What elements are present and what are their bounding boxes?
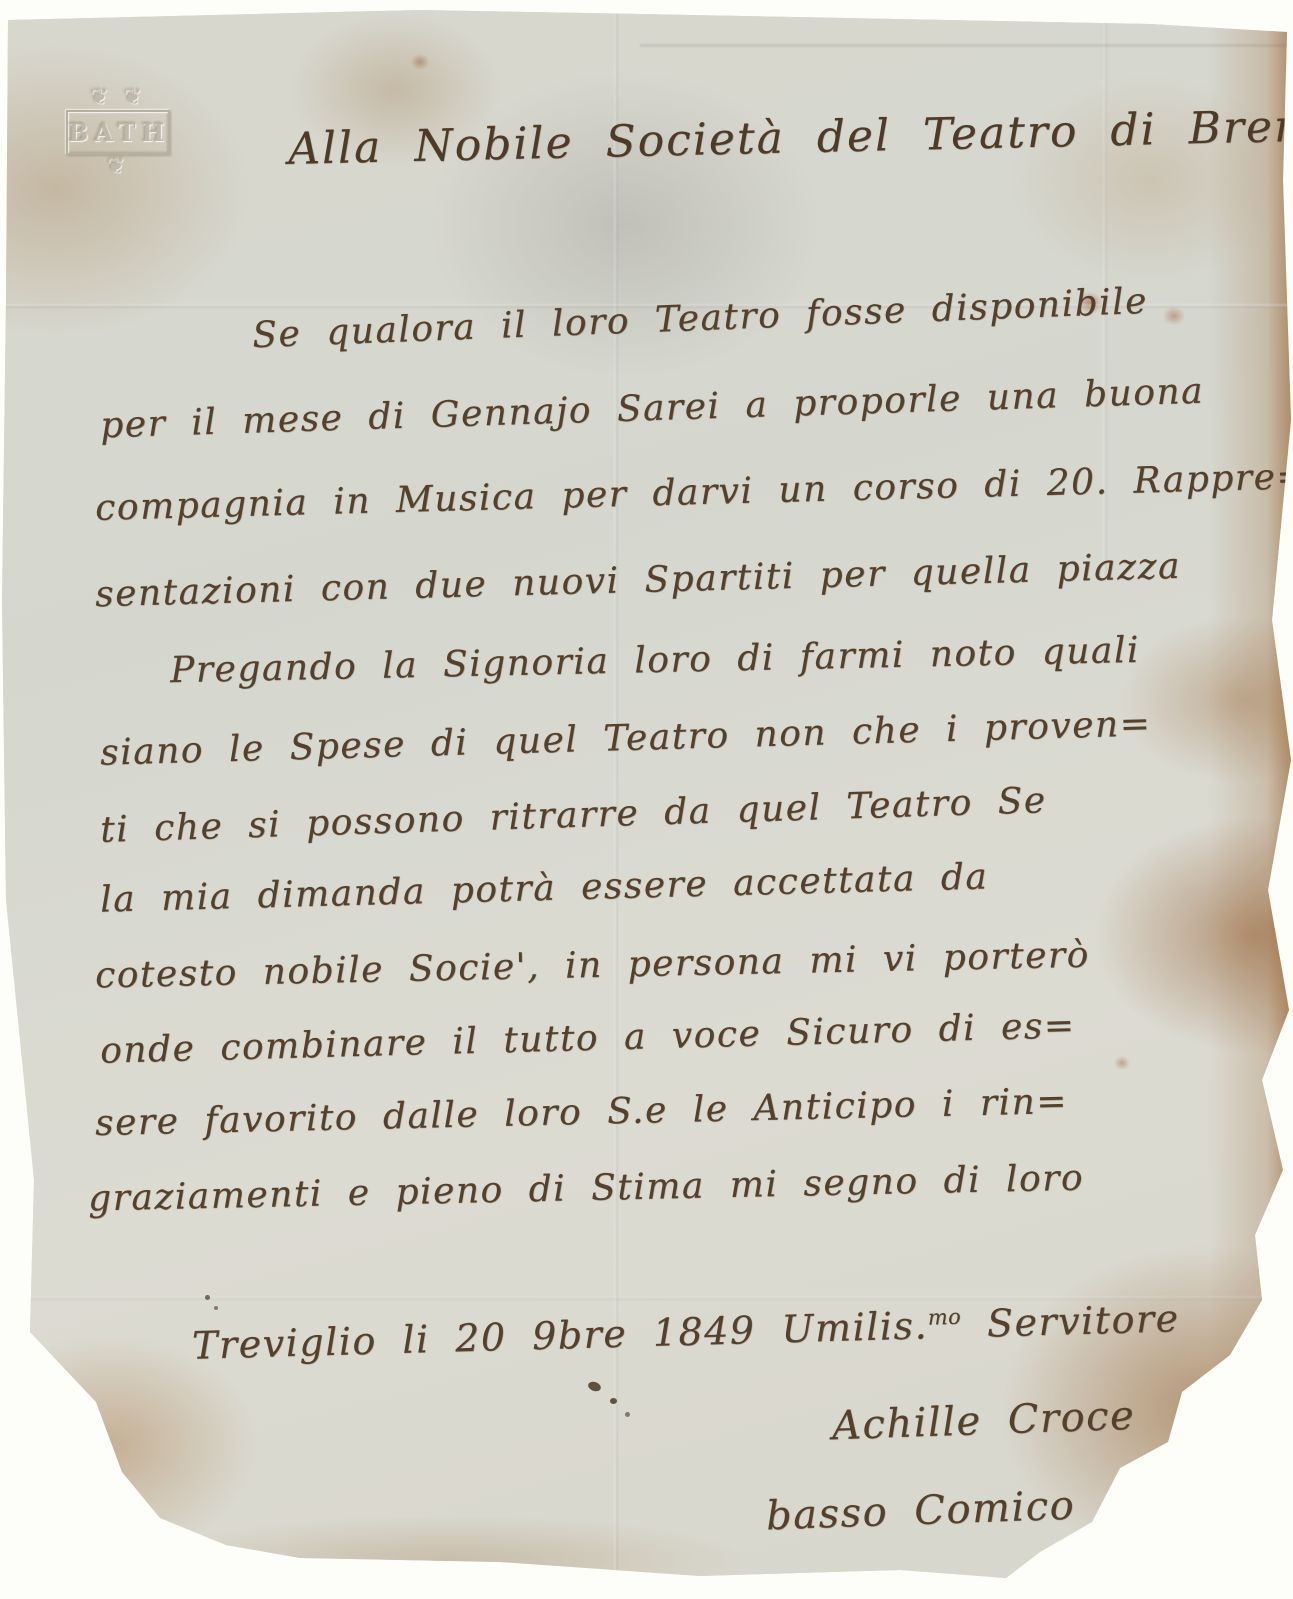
handwritten-line: Pregando la Signoria loro di farmi noto … <box>170 630 1141 691</box>
valediction: Umilis. <box>781 1303 929 1351</box>
ink-blot <box>205 1295 210 1300</box>
handwritten-line: siano le Spese di quel Teatro non che i … <box>100 703 1152 773</box>
fold-crease-top-right <box>640 44 1290 47</box>
handwritten-line: graziamenti e pieno di Stima mi segno di… <box>88 1158 1085 1220</box>
handwritten-line: ti che si possono ritrarre da quel Teatr… <box>100 780 1048 851</box>
paper-sheet: ❦ ❦ BATH ❦ Alla Nobile Società del Teatr… <box>0 0 1293 1599</box>
handwritten-line: Se qualora il loro Teatro fosse disponib… <box>252 281 1149 356</box>
handwritten-line: compagnia in Musica per darvi un corso d… <box>95 456 1293 529</box>
valediction-superscript: mo <box>927 1305 961 1330</box>
stamp-ornament-bottom-icon: ❦ <box>58 157 178 177</box>
handwritten-line: sentazioni con due nuovi Spartiti per qu… <box>95 546 1182 615</box>
ink-blot <box>625 1412 630 1417</box>
stamp-ornament-top-icon: ❦ ❦ <box>58 88 178 108</box>
ink-blot <box>587 1380 602 1393</box>
embossed-stationery-stamp: ❦ ❦ BATH ❦ <box>58 88 178 177</box>
handwritten-line: la mia dimanda potrà essere accettata da <box>100 856 989 920</box>
handwritten-line: onde combinare il tutto a voce Sicuro di… <box>100 1005 1076 1072</box>
signature-name: Achille Croce <box>831 1393 1136 1450</box>
place-and-date: Treviglio li 20 9bre 1849 <box>192 1308 756 1368</box>
valediction-word: Servitore <box>961 1296 1180 1346</box>
closing-line: Treviglio li 20 9bre 1849Umilis.mo Servi… <box>192 1296 1180 1368</box>
handwritten-line: per il mese di Gennajo Sarei a proporle … <box>100 371 1205 447</box>
ink-blot <box>214 1306 218 1310</box>
ink-blot <box>610 1398 617 1404</box>
handwritten-line: sere favorito dalle loro S.e le Anticipo… <box>95 1081 1069 1144</box>
signature-role: basso Comico <box>765 1483 1076 1540</box>
handwritten-line: cotesto nobile Socie', in persona mi vi … <box>95 935 1090 997</box>
letter-heading: Alla Nobile Società del Teatro di Breno <box>288 100 1293 175</box>
stamp-text: BATH <box>66 110 170 155</box>
letter-scan: ❦ ❦ BATH ❦ Alla Nobile Società del Teatr… <box>0 0 1293 1599</box>
